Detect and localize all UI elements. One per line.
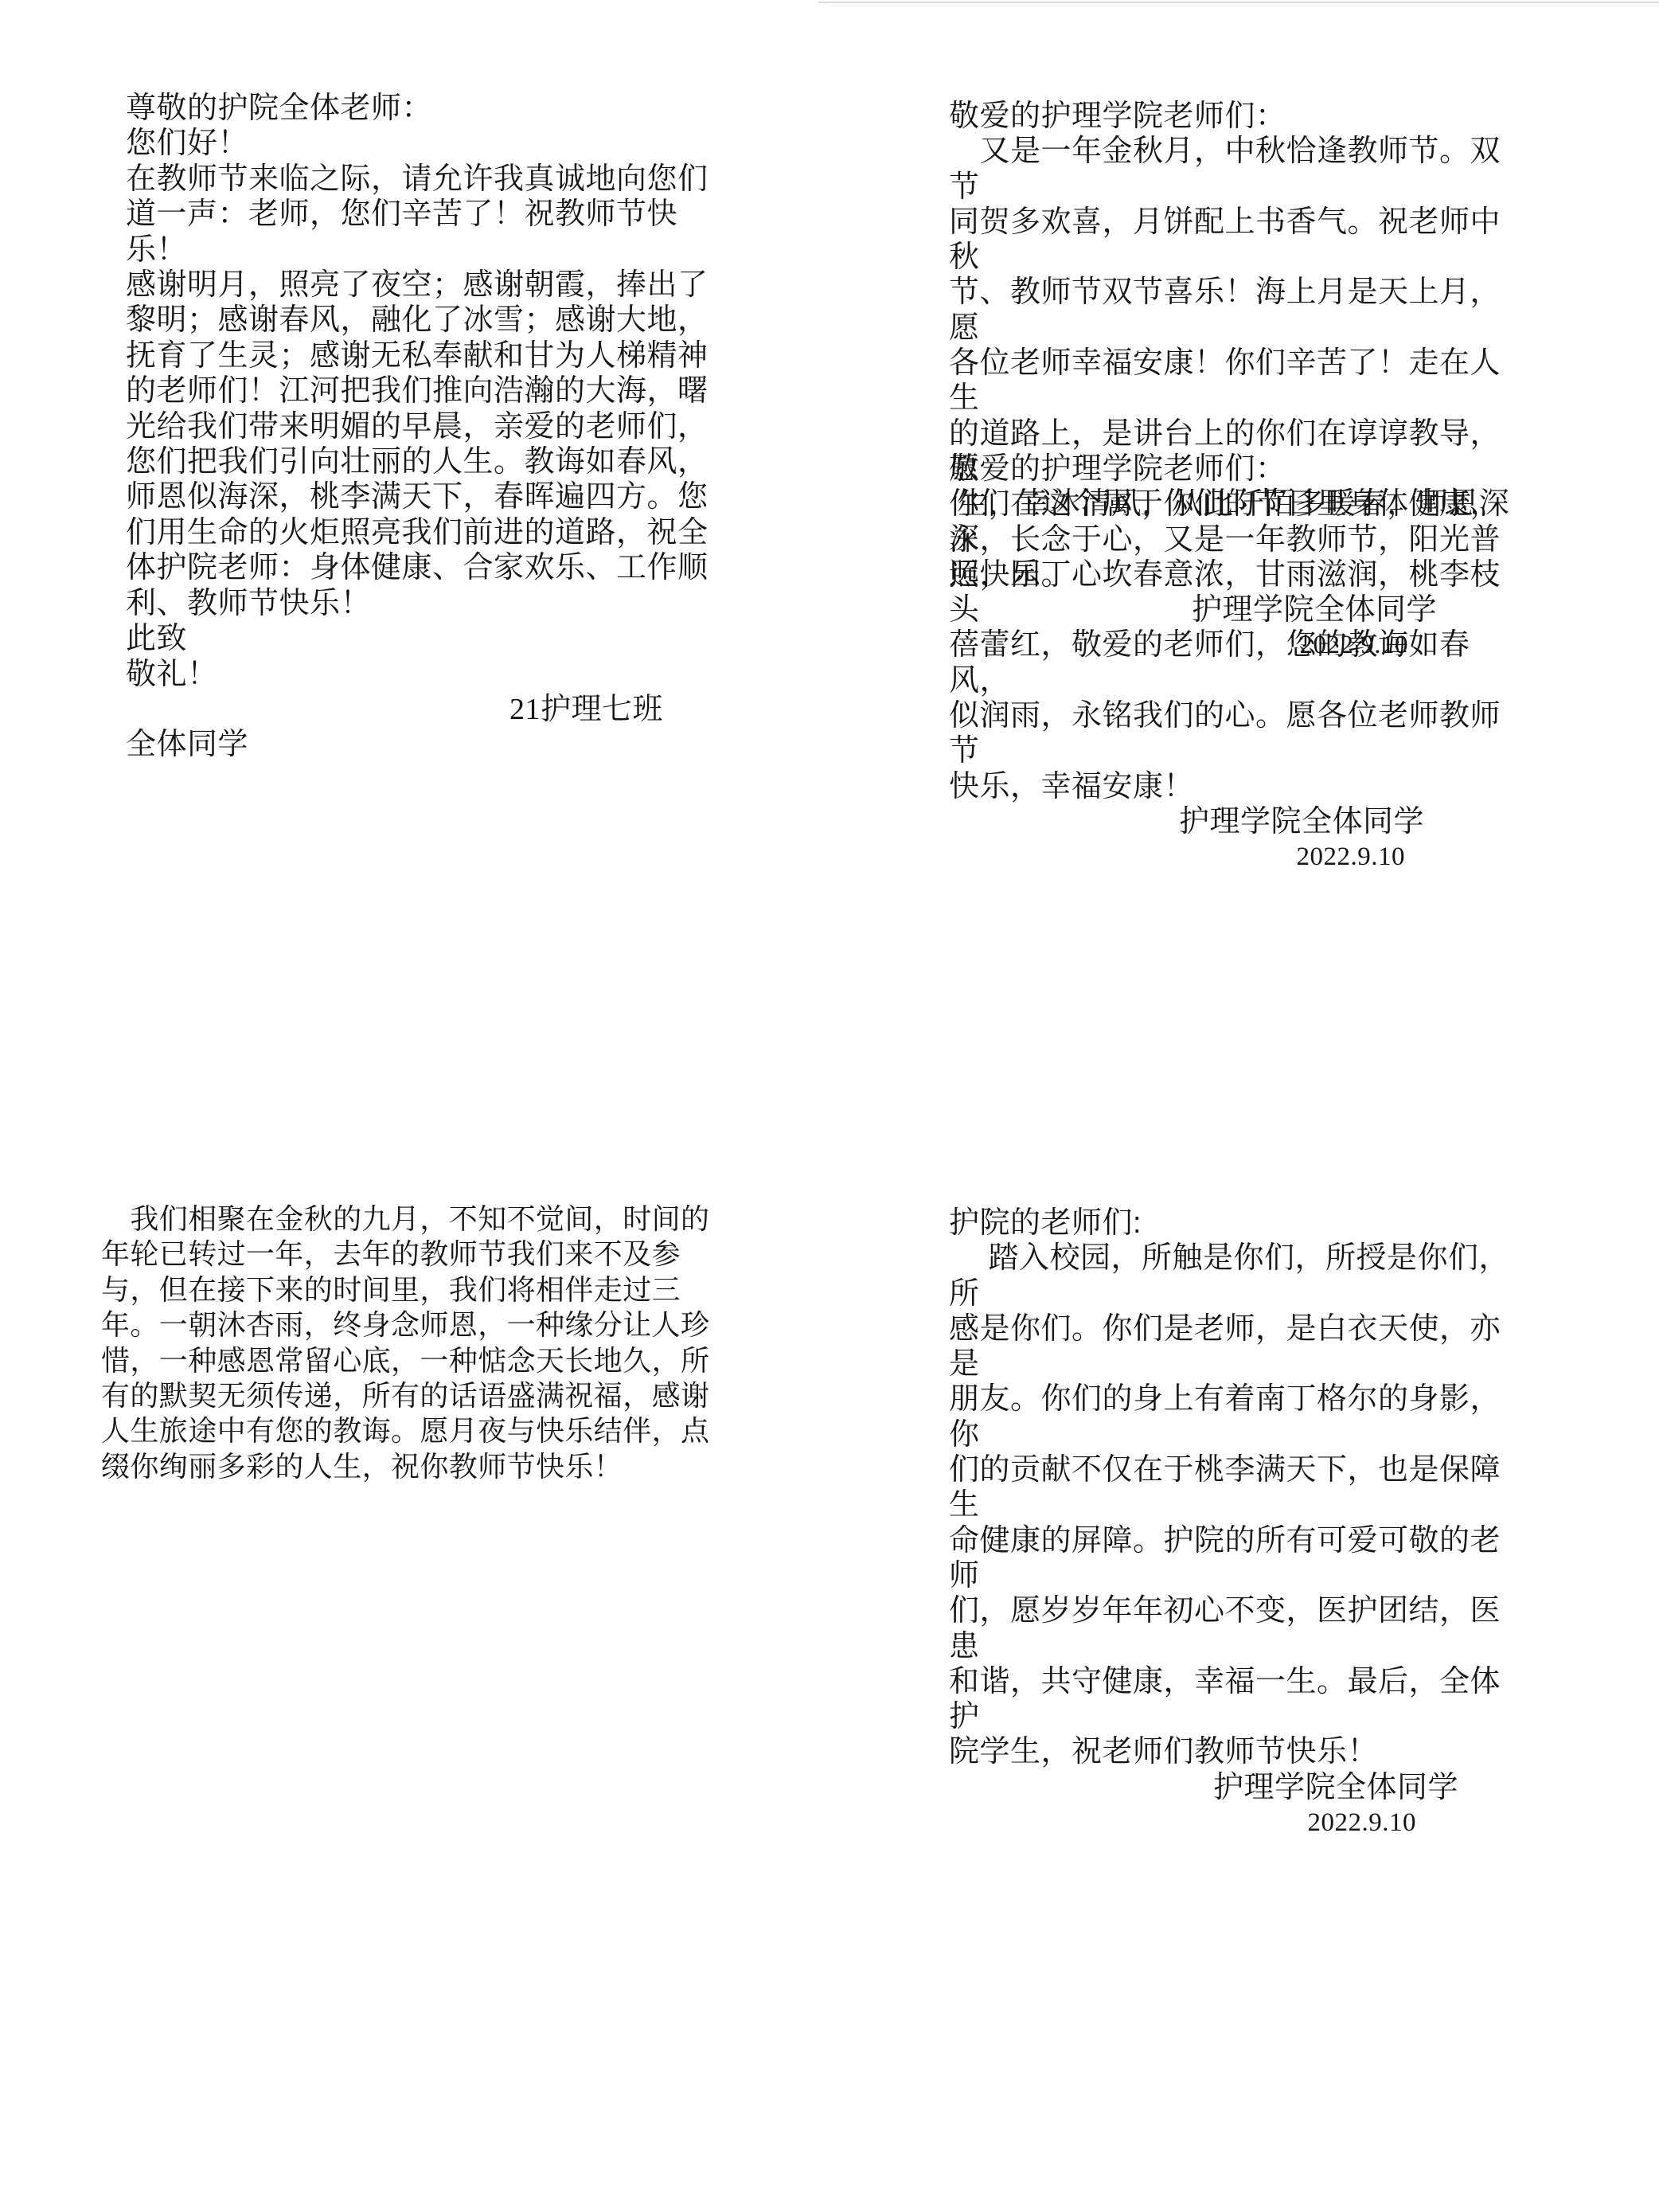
text-line: 师恩似海深，桃李满天下，春晖遍四方。您 (126, 479, 716, 514)
text-line: 缀你绚丽多彩的人生，祝你教师节快乐！ (101, 1449, 711, 1484)
letter-body: 生，幸沐清风，从此阡陌多暖春，师恩深深，长念于心，又是一年教师节，阳光普照，园丁… (949, 487, 1530, 804)
text-line: 各位老师幸福安康！你们辛苦了！走在人生 (949, 346, 1530, 416)
text-line: 深，长念于心，又是一年教师节，阳光普 (949, 522, 1530, 557)
text-line: 体护院老师：身体健康、合家欢乐、工作顺 (126, 550, 716, 585)
text-line: 年轮已转过一年，去年的教师节我们来不及参 (101, 1237, 711, 1272)
text-line: 生，幸沐清风，从此阡陌多暖春，师恩深 (949, 487, 1530, 522)
letter-body: 踏入校园，所触是你们，所授是你们，所感是你们。你们是老师，是白衣天使，亦是朋友。… (949, 1241, 1530, 1769)
text-line: 们的贡献不仅在于桃李满天下，也是保障生 (949, 1452, 1530, 1523)
text-line: 和谐，共守健康，幸福一生。最后，全体护 (949, 1664, 1530, 1735)
text-line: 又是一年金秋月，中秋恰逢教师节。双节 (949, 134, 1530, 205)
text-line: 利、教师节快乐！ (126, 586, 716, 621)
letter-salutation: 尊敬的护院全体老师： (126, 91, 716, 126)
text-line: 您们好！ (126, 126, 716, 161)
text-line: 有的默契无须传递，所有的话语盛满祝福，感谢 (101, 1378, 711, 1413)
text-line: 惜，一种感恩常留心底，一种惦念天长地久，所 (101, 1343, 711, 1378)
letter-bottom-right: 护院的老师们: 踏入校园，所触是你们，所授是你们，所感是你们。你们是老师，是白衣… (949, 1206, 1530, 1840)
page-top-edge-line (818, 2, 1659, 3)
letter-signature: 护理学院全体同学 (949, 1770, 1530, 1805)
text-line: 在教师节来临之际，请允许我真诚地向您们 (126, 162, 716, 197)
letter-bottom-left: 我们相聚在金秋的九月，不知不觉间，时间的年轮已转过一年，去年的教师节我们来不及参… (101, 1202, 711, 1484)
letter-body: 您们好！在教师节来临之际，请允许我真诚地向您们道一声：老师，您们辛苦了！祝教师节… (126, 126, 716, 692)
text-line: 乐！ (126, 233, 716, 268)
text-line: 踏入校园，所触是你们，所授是你们，所 (949, 1241, 1530, 1311)
text-line: 黎明；感谢春风，融化了冰雪；感谢大地， (126, 303, 716, 338)
text-line: 感谢明月，照亮了夜空；感谢朝霞，捧出了 (126, 268, 716, 303)
letter-middle-right: 敬爱的护理学院老师们： 生，幸沐清风，从此阡陌多暖春，师恩深深，长念于心，又是一… (949, 451, 1530, 875)
page-top-edge-line-secondary (829, 6, 1659, 6)
text-line: 与，但在接下来的时间里，我们将相伴走过三 (101, 1272, 711, 1307)
text-line: 命健康的屏障。护院的所有可爱可敬的老师 (949, 1523, 1530, 1594)
text-line: 们用生命的火炬照亮我们前进的道路，祝全 (126, 515, 716, 550)
text-line: 此致 (126, 621, 716, 656)
text-line: 抚育了生灵；感谢无私奉献和甘为人梯精神 (126, 338, 716, 373)
text-line: 的老师们！江河把我们推向浩瀚的大海，曙 (126, 373, 716, 408)
text-line: 光给我们带来明媚的早晨，亲爱的老师们， (126, 409, 716, 444)
text-line: 人生旅途中有您的教诲。愿月夜与快乐结伴，点 (101, 1413, 711, 1448)
text-line: 敬礼！ (126, 657, 716, 692)
text-line: 朋友。你们的身上有着南丁格尔的身影，你 (949, 1382, 1530, 1452)
document-page: 尊敬的护院全体老师： 您们好！在教师节来临之际，请允许我真诚地向您们道一声：老师… (0, 0, 1659, 2212)
letter-top-left: 尊敬的护院全体老师： 您们好！在教师节来临之际，请允许我真诚地向您们道一声：老师… (126, 91, 716, 763)
letter-date: 2022.9.10 (949, 1805, 1530, 1840)
text-line: 院学生，祝老师们教师节快乐！ (949, 1734, 1530, 1769)
text-line: 照，园丁心坎春意浓，甘雨滋润，桃李枝头 (949, 557, 1530, 628)
letter-signature: 护理学院全体同学 (949, 804, 1530, 839)
text-line: 您们把我们引向壮丽的人生。教诲如春风， (126, 444, 716, 479)
letter-body: 我们相聚在金秋的九月，不知不觉间，时间的年轮已转过一年，去年的教师节我们来不及参… (101, 1202, 711, 1484)
text-line: 似润雨，永铭我们的心。愿各位老师教师节 (949, 698, 1530, 769)
text-line: 感是你们。你们是老师，是白衣天使，亦是 (949, 1311, 1530, 1382)
letter-signature-students: 全体同学 (126, 727, 716, 762)
text-line: 蓓蕾红，敬爱的老师们，您的教诲如春风， (949, 627, 1530, 698)
text-line: 快乐，幸福安康！ (949, 769, 1530, 804)
letter-salutation: 敬爱的护理学院老师们： (949, 451, 1530, 487)
text-line: 们，愿岁岁年年初心不变，医护团结，医患 (949, 1593, 1530, 1664)
text-line: 节、教师节双节喜乐！海上月是天上月，愿 (949, 275, 1530, 346)
letter-salutation: 护院的老师们: (949, 1206, 1530, 1241)
text-line: 道一声：老师，您们辛苦了！祝教师节快 (126, 197, 716, 232)
text-line: 年。一朝沐杏雨，终身念师恩，一种缘分让人珍 (101, 1307, 711, 1342)
letter-salutation: 敬爱的护理学院老师们： (949, 99, 1530, 134)
letter-signature-class: 21护理七班 (126, 692, 716, 727)
letter-date: 2022.9.10 (949, 839, 1530, 874)
text-line: 同贺多欢喜，月饼配上书香气。祝老师中秋 (949, 205, 1530, 276)
text-line: 我们相聚在金秋的九月，不知不觉间，时间的 (101, 1202, 711, 1237)
